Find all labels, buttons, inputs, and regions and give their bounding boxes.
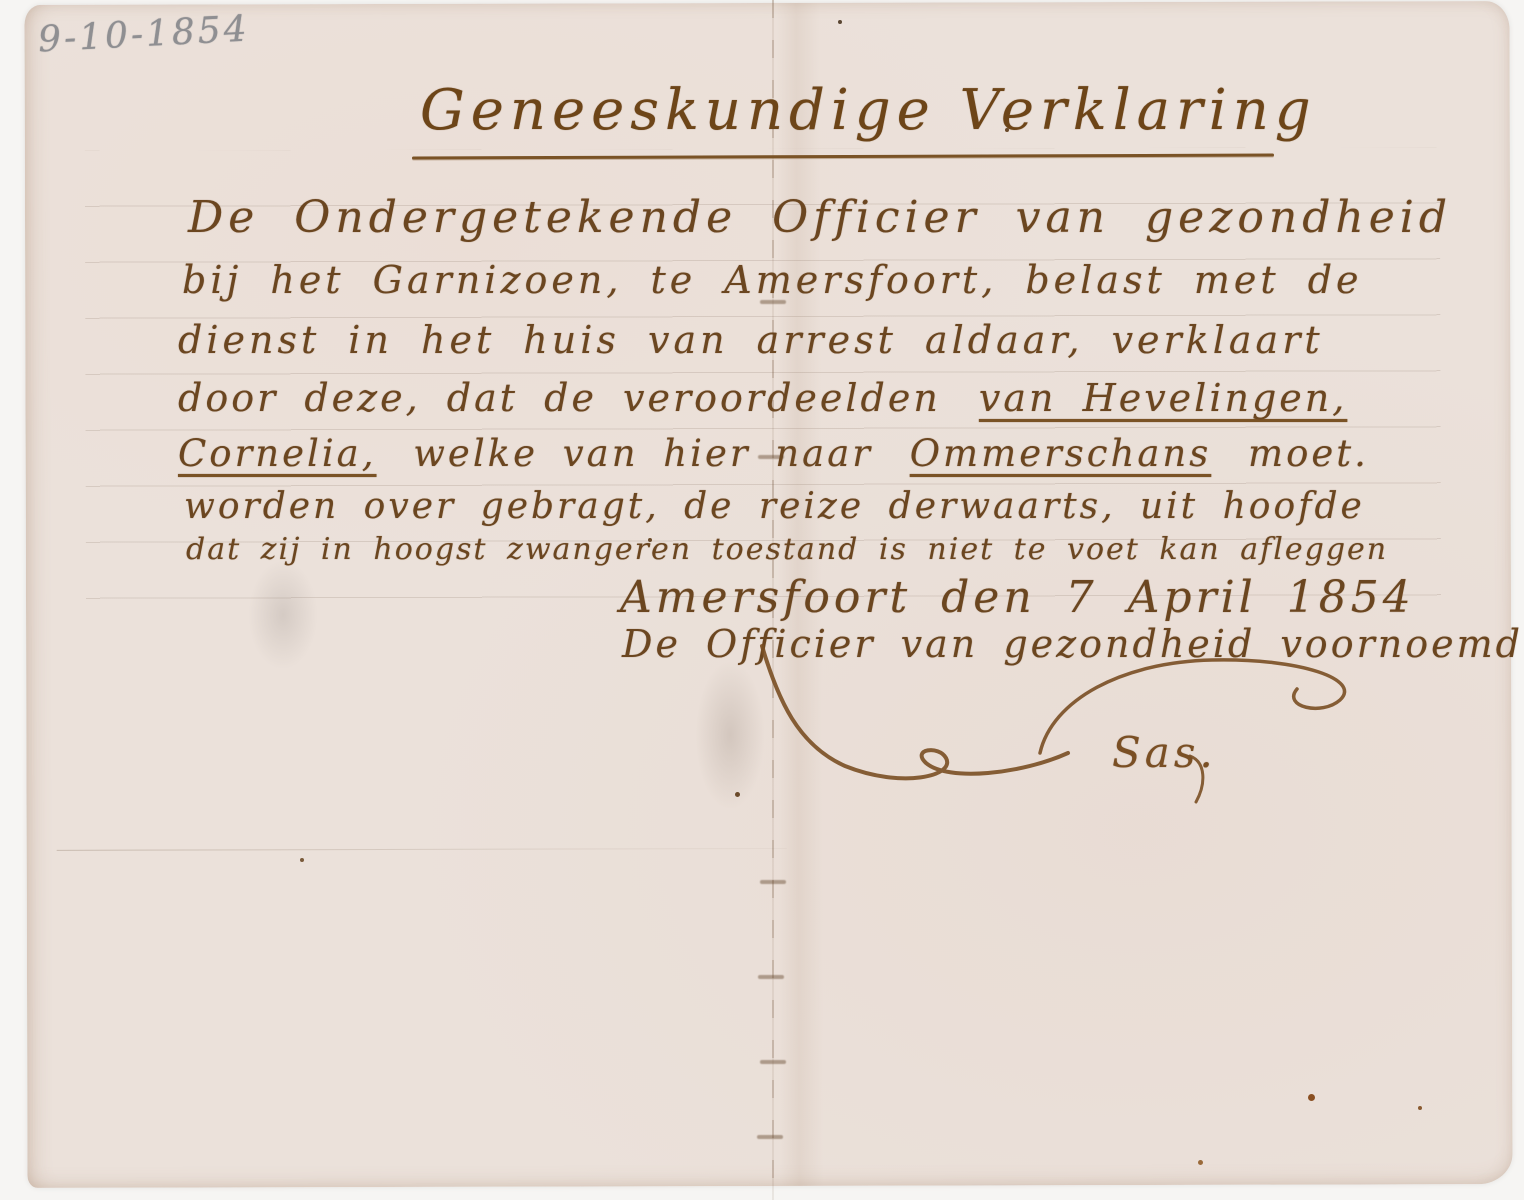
fox-spot bbox=[300, 858, 304, 862]
body-line-4-text: door deze, dat de veroordeelden bbox=[178, 376, 941, 420]
body-line-4: door deze, dat de veroordeelden van Heve… bbox=[178, 376, 1347, 420]
stitch-mark bbox=[760, 1060, 786, 1064]
closing-line: De Officier van gezondheid voornoemd bbox=[622, 622, 1523, 666]
dateline: Amersfoort den 7 April 1854 bbox=[620, 572, 1415, 623]
gray-smudge-stain bbox=[248, 560, 318, 670]
body-line-7: dat zij in hoogst zwangeren toestand is … bbox=[186, 532, 1388, 567]
underlined-name-van-hevelingen: van Hevelingen, bbox=[979, 376, 1347, 420]
ink-speck bbox=[648, 538, 652, 542]
underlined-name-cornelia: Cornelia, bbox=[178, 432, 377, 475]
stitch-mark bbox=[757, 1135, 783, 1139]
fold-smudge-stain bbox=[695, 660, 765, 810]
ink-speck bbox=[1005, 128, 1009, 132]
fox-spot bbox=[1418, 1106, 1422, 1110]
document-title: Geneeskundige Verklaring bbox=[420, 78, 1270, 143]
stitch-mark bbox=[758, 975, 784, 979]
body-line-3: dienst in het huis van arrest aldaar, ve… bbox=[178, 318, 1324, 362]
body-line-5-end: moet. bbox=[1248, 432, 1369, 475]
body-line-5: Cornelia, welke van hier naar Ommerschan… bbox=[178, 432, 1369, 475]
body-line-1: De Ondergetekende Officier van gezondhei… bbox=[188, 192, 1452, 243]
signature-name: Sas. bbox=[1112, 728, 1217, 777]
underlined-place-ommerschans: Ommerschans bbox=[910, 432, 1212, 475]
fox-spot bbox=[1198, 1160, 1203, 1165]
scanned-document-page: { "document": { "pencil_annotation": "9-… bbox=[0, 0, 1524, 1200]
horizontal-fold-crease bbox=[57, 848, 787, 851]
stitch-mark bbox=[760, 880, 786, 884]
body-line-2: bij het Garnizoen, te Amersfoort, belast… bbox=[182, 258, 1363, 302]
ink-speck bbox=[735, 792, 740, 797]
body-line-6: worden over gebragt, de reize derwaarts,… bbox=[184, 486, 1365, 527]
fox-spot bbox=[1308, 1094, 1315, 1101]
ink-speck bbox=[838, 20, 842, 24]
body-line-5-text: welke van hier naar bbox=[413, 432, 873, 475]
